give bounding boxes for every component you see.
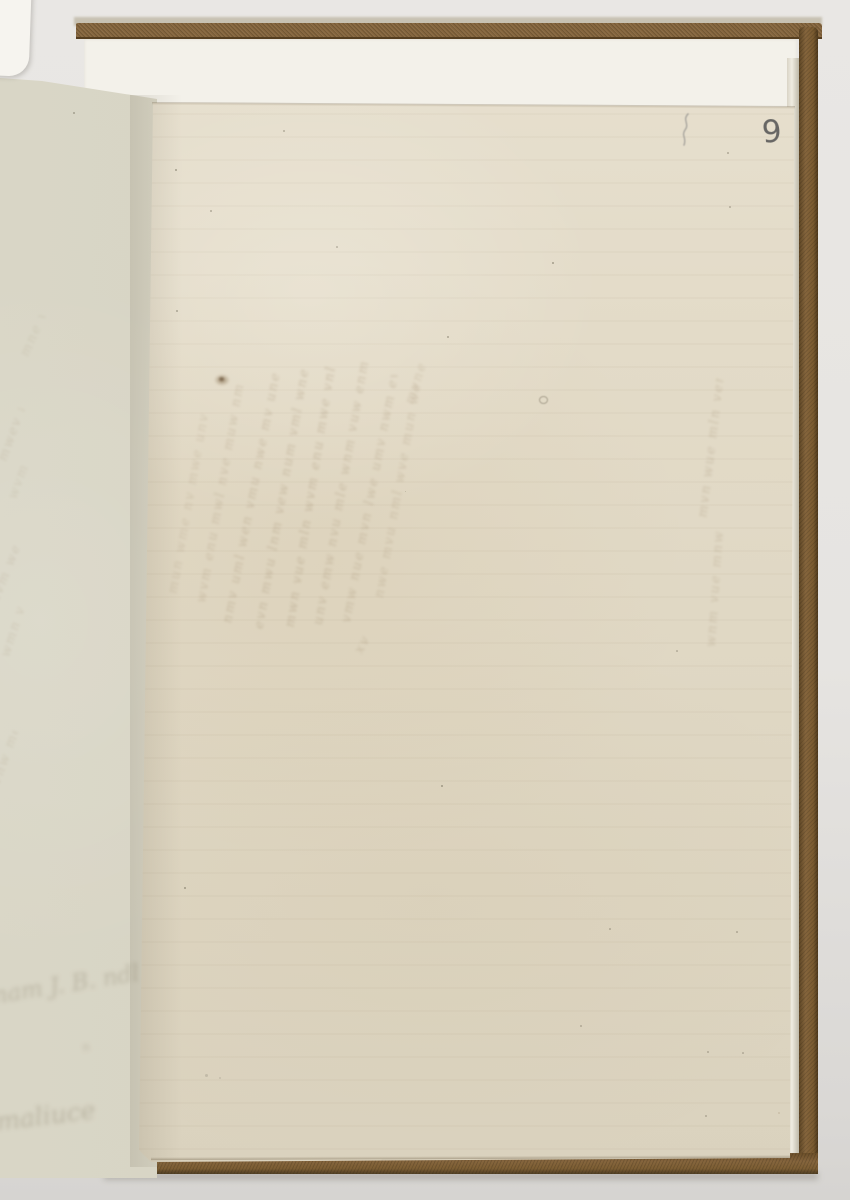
page-number: 9 <box>750 111 793 160</box>
book-scan: mwev nnvm wewmn vvnw memne vwvmnam J. B.… <box>0 0 850 1200</box>
ink-smudge <box>214 374 230 386</box>
pencil-mark-icon <box>678 112 694 148</box>
ring-stain <box>539 396 548 404</box>
gutter-shadow <box>130 95 182 1167</box>
book-cover-top-edge <box>76 23 822 39</box>
cover-bottom-shadow <box>104 1172 818 1180</box>
book-cover-right-edge <box>799 27 818 1174</box>
loose-sheet-corner <box>0 0 31 77</box>
